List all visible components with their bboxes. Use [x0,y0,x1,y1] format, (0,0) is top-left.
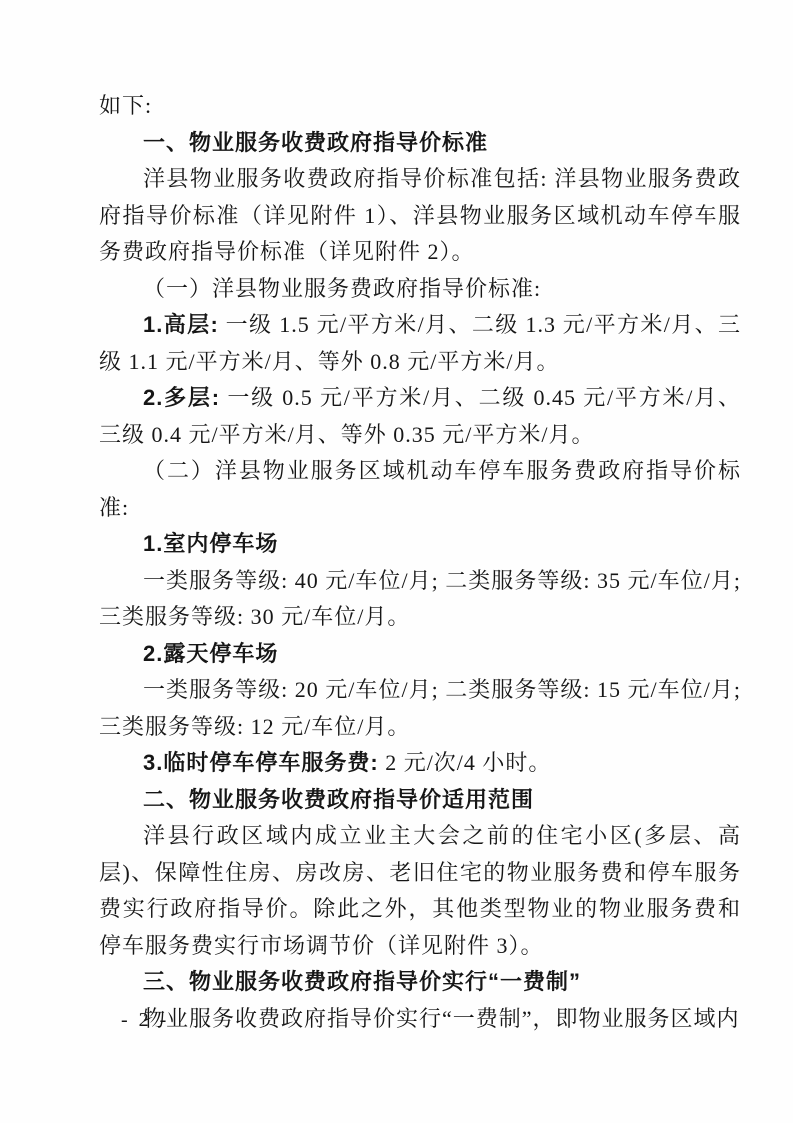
section-3-heading: 三、物业服务收费政府指导价实行“一费制” [99,964,741,1001]
scanned-document-page: 如下: 一、物业服务收费政府指导价标准 洋县物业服务收费政府指导价标准包括: 洋… [0,0,793,1123]
item-highrise-label: 1.高层: [143,312,219,337]
section-1-intro-paragraph: 洋县物业服务收费政府指导价标准包括: 洋县物业服务费政府指导价标准（详见附件 1… [99,161,741,271]
item-temporary-parking-label: 3.临时停车停车服务费: [143,750,379,775]
item-indoor-parking-rates: 一类服务等级: 40 元/车位/月; 二类服务等级: 35 元/车位/月; 三类… [99,563,741,636]
item-temporary-parking-text: 2 元/次/4 小时。 [379,750,552,775]
item-multistorey-rates: 2.多层: 一级 0.5 元/平方米/月、二级 0.45 元/平方米/月、三级 … [99,380,741,453]
section-1-heading: 一、物业服务收费政府指导价标准 [99,125,741,162]
item-highrise-rates: 1.高层: 一级 1.5 元/平方米/月、二级 1.3 元/平方米/月、三级 1… [99,307,741,380]
section-2-heading: 二、物业服务收费政府指导价适用范围 [99,782,741,819]
subsection-1-1-heading: （一）洋县物业服务费政府指导价标准: [99,271,741,308]
page-number: - 2 - [121,1009,169,1032]
document-body: 如下: 一、物业服务收费政府指导价标准 洋县物业服务收费政府指导价标准包括: 洋… [99,88,741,1037]
subsection-1-2-heading: （二）洋县物业服务区域机动车停车服务费政府指导价标准: [99,453,741,526]
section-2-paragraph: 洋县行政区域内成立业主大会之前的住宅小区(多层、高层)、保障性住房、房改房、老旧… [99,818,741,964]
item-multistorey-label: 2.多层: [143,385,220,410]
item-outdoor-parking-heading: 2.露天停车场 [99,636,741,673]
item-temporary-parking-rates: 3.临时停车停车服务费: 2 元/次/4 小时。 [99,745,741,782]
item-outdoor-parking-rates: 一类服务等级: 20 元/车位/月; 二类服务等级: 15 元/车位/月; 三类… [99,672,741,745]
paragraph-continuation-intro: 如下: [99,88,741,125]
section-3-paragraph: 物业服务收费政府指导价实行“一费制”，即物业服务区域内 [99,1001,741,1038]
item-indoor-parking-heading: 1.室内停车场 [99,526,741,563]
